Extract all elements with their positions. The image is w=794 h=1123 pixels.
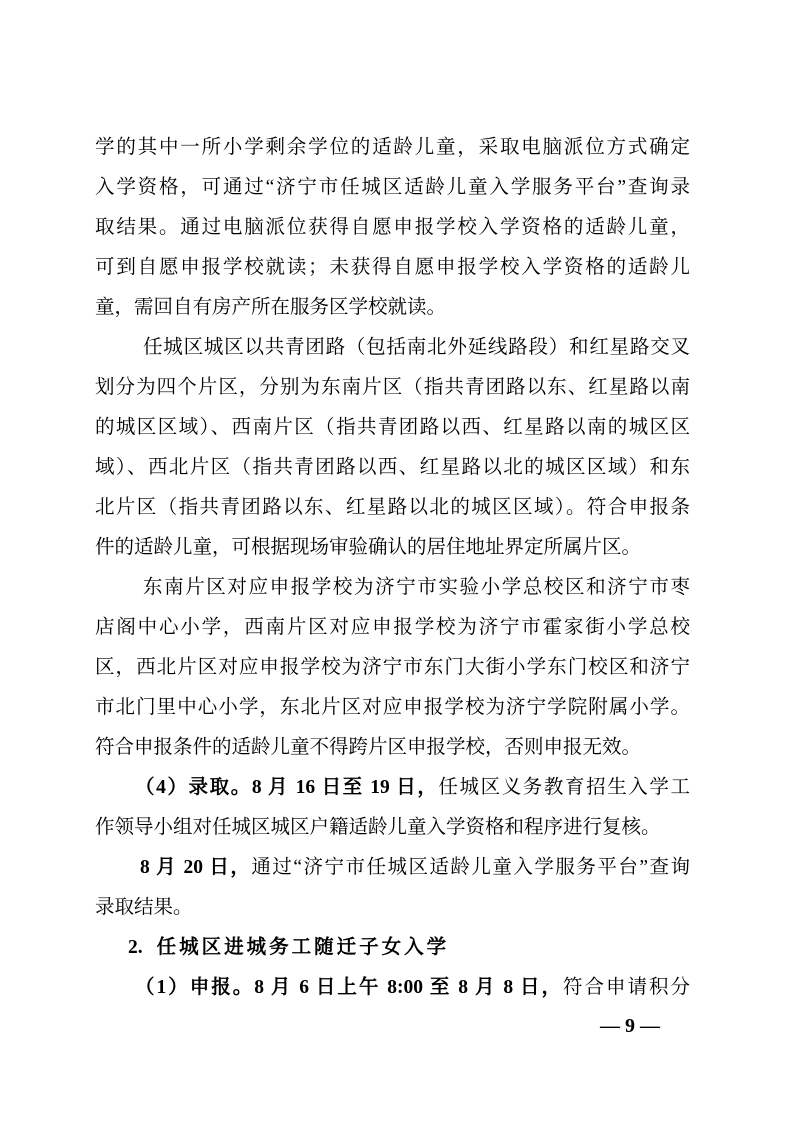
body-text: 市北门里中心小学，东北片区对应申报学校为济宁学院附属小学。 — [95, 697, 690, 718]
text-line: 划分为四个片区，分别为东南片区（指共青团路以东、红星路以南 — [95, 368, 690, 408]
text-line: 学的其中一所小学剩余学位的适龄儿童，采取电脑派位方式确定 — [95, 128, 690, 168]
body-text: 域）、西北片区（指共青团路以西、红星路以北的城区区域）和东 — [95, 457, 690, 478]
body-text: 通过“济宁市任城区适龄儿童入学服务平台”查询 — [251, 857, 690, 878]
body-text: 件的适龄儿童，可根据现场审验确认的居住地址界定所属片区。 — [95, 537, 641, 558]
text-line: 北片区（指共青团路以东、红星路以北的城区区域）。符合申报条 — [95, 488, 690, 528]
body-text: 店阁中心小学，西南片区对应申报学校为济宁市霍家街小学总校 — [95, 617, 690, 638]
text-line: 域）、西北片区（指共青团路以西、红星路以北的城区区域）和东 — [95, 448, 690, 488]
text-line: 可到自愿申报学校就读；未获得自愿申报学校入学资格的适龄儿 — [95, 248, 690, 288]
page-number-text: — 9 — — [600, 1015, 660, 1037]
body-text: 的城区区域）、西南片区（指共青团路以西、红星路以南的城区区 — [95, 417, 690, 438]
text-line: 8 月 20 日，通过“济宁市任城区适龄儿童入学服务平台”查询 — [95, 848, 690, 888]
body-text: 东南片区对应申报学校为济宁市实验小学总校区和济宁市枣 — [143, 577, 690, 598]
text-line: 入学资格，可通过“济宁市任城区适龄儿童入学服务平台”查询录 — [95, 168, 690, 208]
text-line: 作领导小组对任城区城区户籍适龄儿童入学资格和程序进行复核。 — [95, 808, 690, 848]
text-line: 的城区区域）、西南片区（指共青团路以西、红星路以南的城区区 — [95, 408, 690, 448]
text-line: 区，西北片区对应申报学校为济宁市东门大街小学东门校区和济宁 — [95, 648, 690, 688]
body-text: 划分为四个片区，分别为东南片区（指共青团路以东、红星路以南 — [95, 377, 690, 398]
page-number: — 9 — — [95, 1012, 690, 1040]
body-text: 童，需回自有房产所在服务区学校就读。 — [95, 297, 446, 318]
text-line: 市北门里中心小学，东北片区对应申报学校为济宁学院附属小学。 — [95, 688, 690, 728]
body-text: 符合申报条件的适龄儿童不得跨片区申报学校，否则申报无效。 — [95, 737, 641, 758]
text-line: 任城区城区以共青团路（包括南北外延线路段）和红星路交叉 — [95, 328, 690, 368]
body-text: 任城区城区以共青团路（包括南北外延线路段）和红星路交叉 — [143, 337, 690, 358]
section-heading-text: 任城区进城务工随迁子女入学 — [157, 937, 450, 958]
text-line: 录取结果。 — [95, 888, 690, 928]
text-line: 童，需回自有房产所在服务区学校就读。 — [95, 288, 690, 328]
text-line: 店阁中心小学，西南片区对应申报学校为济宁市霍家街小学总校 — [95, 608, 690, 648]
body-text: 入学资格，可通过“济宁市任城区适龄儿童入学服务平台”查询录 — [95, 177, 690, 198]
section-heading: 2.任城区进城务工随迁子女入学 — [95, 928, 690, 968]
text-line: 符合申报条件的适龄儿童不得跨片区申报学校，否则申报无效。 — [95, 728, 690, 768]
text-line: 取结果。通过电脑派位获得自愿申报学校入学资格的适龄儿童， — [95, 208, 690, 248]
text-line: （4）录取。8 月 16 日至 19 日，任城区义务教育招生入学工 — [95, 768, 690, 808]
bold-date-text: （4）录取。8 月 16 日至 19 日， — [135, 777, 438, 798]
body-text: 作领导小组对任城区城区户籍适龄儿童入学资格和程序进行复核。 — [95, 817, 661, 838]
body-text: 北片区（指共青团路以东、红星路以北的城区区域）。符合申报条 — [95, 497, 690, 518]
body-text: 任城区义务教育招生入学工 — [438, 777, 690, 798]
text-line: （1）申报。8 月 6 日上午 8:00 至 8 月 8 日，符合申请积分 — [95, 968, 690, 1008]
body-text: 符合申请积分 — [563, 977, 690, 998]
body-text: 录取结果。 — [95, 897, 193, 918]
text-line: 件的适龄儿童，可根据现场审验确认的居住地址界定所属片区。 — [95, 528, 690, 568]
text-line: 东南片区对应申报学校为济宁市实验小学总校区和济宁市枣 — [95, 568, 690, 608]
body-text: 取结果。通过电脑派位获得自愿申报学校入学资格的适龄儿童， — [95, 217, 690, 238]
document-page: 学的其中一所小学剩余学位的适龄儿童，采取电脑派位方式确定 入学资格，可通过“济宁… — [0, 0, 794, 1123]
bold-date-text: （1）申报。8 月 6 日上午 8:00 至 8 月 8 日， — [135, 977, 563, 998]
bold-date-text: 8 月 20 日， — [140, 857, 251, 878]
section-number: 2. — [128, 937, 143, 958]
body-text: 学的其中一所小学剩余学位的适龄儿童，采取电脑派位方式确定 — [95, 137, 690, 158]
body-text: 可到自愿申报学校就读；未获得自愿申报学校入学资格的适龄儿 — [95, 257, 690, 278]
body-text: 区，西北片区对应申报学校为济宁市东门大街小学东门校区和济宁 — [95, 657, 690, 678]
